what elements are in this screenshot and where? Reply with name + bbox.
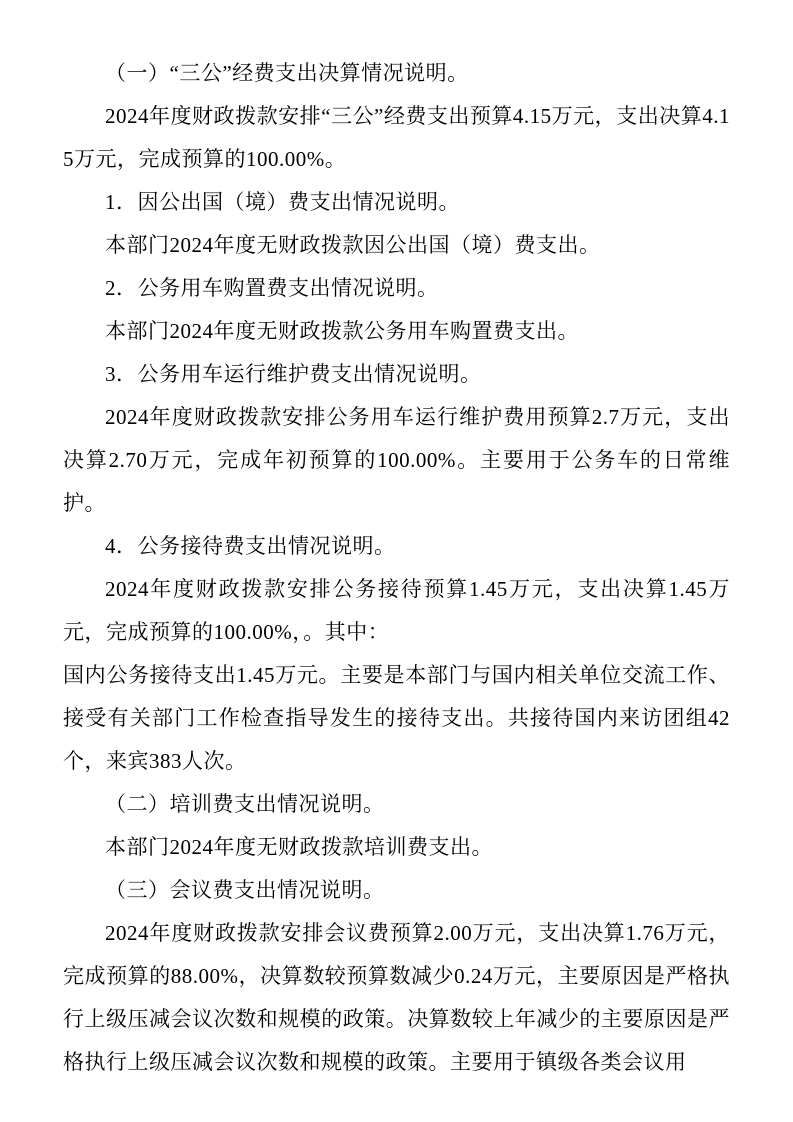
- para-training-expense: 本部门2024年度无财政拨款培训费支出。: [63, 826, 730, 869]
- para-sangong-budget: 2024年度财政拨款安排“三公”经费支出预算4.15万元，支出决算4.15万元，…: [63, 95, 730, 181]
- heading-official-reception: 4．公务接待费支出情况说明。: [63, 525, 730, 568]
- para-vehicle-maintenance: 2024年度财政拨款安排公务用车运行维护费用预算2.7万元，支出决算2.70万元…: [63, 396, 730, 525]
- para-official-reception-budget: 2024年度财政拨款安排公务接待预算1.45万元，支出决算1.45万元，完成预算…: [63, 568, 730, 654]
- heading-abroad-expense: 1．因公出国（境）费支出情况说明。: [63, 181, 730, 224]
- document-page: （一）“三公”经费支出决算情况说明。 2024年度财政拨款安排“三公”经费支出预…: [0, 0, 793, 1122]
- para-meeting-expense: 2024年度财政拨款安排会议费预算2.00万元，支出决算1.76万元，完成预算的…: [63, 912, 730, 1084]
- heading-vehicle-maintenance: 3．公务用车运行维护费支出情况说明。: [63, 353, 730, 396]
- heading-meeting-expense: （三）会议费支出情况说明。: [63, 869, 730, 912]
- heading-training-expense: （二）培训费支出情况说明。: [63, 783, 730, 826]
- heading-vehicle-purchase: 2．公务用车购置费支出情况说明。: [63, 267, 730, 310]
- para-domestic-reception-detail: 国内公务接待支出1.45万元。主要是本部门与国内相关单位交流工作、接受有关部门工…: [63, 654, 730, 783]
- para-abroad-expense: 本部门2024年度无财政拨款因公出国（境）费支出。: [63, 224, 730, 267]
- heading-sangong-summary: （一）“三公”经费支出决算情况说明。: [63, 52, 730, 95]
- para-vehicle-purchase: 本部门2024年度无财政拨款公务用车购置费支出。: [63, 310, 730, 353]
